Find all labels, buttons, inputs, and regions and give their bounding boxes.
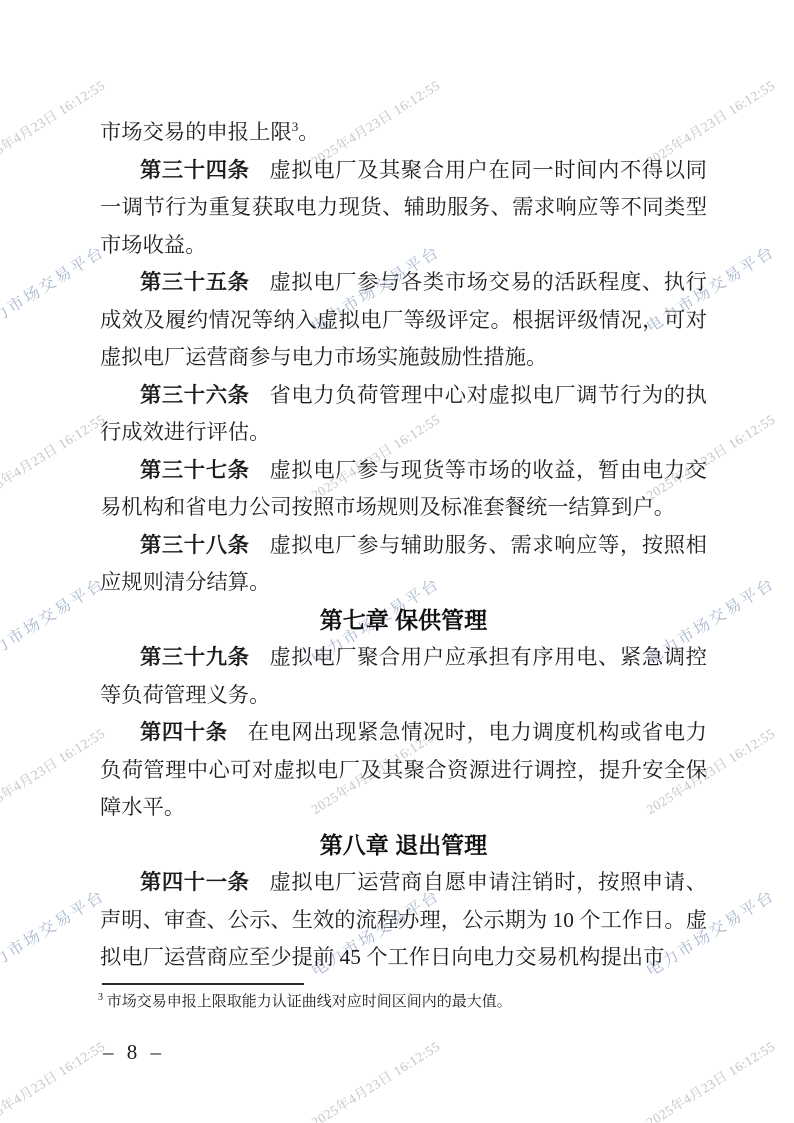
page-number: – 8 –: [103, 1040, 165, 1065]
document-page: 2025年4月23日 16:12:552025年4月23日 16:12:5520…: [0, 0, 794, 1123]
article-34: 第三十四条虚拟电厂及其聚合用户在同一时间内不得以同一调节行为重复获取电力现货、辅…: [100, 152, 707, 265]
article-34-number: 第三十四条: [140, 158, 250, 182]
article-40-number: 第四十条: [140, 720, 228, 744]
watermark-timestamp: 2025年4月23日 16:12:55: [0, 1035, 108, 1123]
footnote: 3 市场交易申报上限取能力认证曲线对应时间区间内的最大值。: [98, 991, 678, 1013]
chapter-8-heading: 第八章 退出管理: [100, 827, 707, 865]
chapter-7-heading: 第七章 保供管理: [100, 602, 707, 640]
article-39-number: 第三十九条: [140, 645, 250, 669]
article-37-number: 第三十七条: [140, 458, 250, 482]
document-content: 市场交易的申报上限3。 第三十四条虚拟电厂及其聚合用户在同一时间内不得以同一调节…: [100, 114, 707, 977]
watermark-timestamp: 2025年4月23日 16:12:55: [0, 74, 108, 170]
footnote-text: 市场交易申报上限取能力认证曲线对应时间区间内的最大值。: [107, 994, 512, 1010]
watermark-platform: 电力市场交易平台: [0, 571, 109, 669]
watermark-platform: 电力市场交易平台: [0, 239, 109, 337]
watermark-timestamp: 2025年4月23日 16:12:55: [642, 1035, 779, 1123]
watermark-timestamp: 2025年4月23日 16:12:55: [307, 1035, 444, 1123]
article-40: 第四十条在电网出现紧急情况时，电力调度机构或省电力负荷管理中心可对虚拟电厂及其聚…: [100, 714, 707, 827]
continuation-tail: 。: [298, 120, 319, 144]
article-36-number: 第三十六条: [140, 383, 250, 407]
article-37: 第三十七条虚拟电厂参与现货等市场的收益，暂由电力交易机构和省电力公司按照市场规则…: [100, 452, 707, 527]
article-41: 第四十一条虚拟电厂运营商自愿申请注销时，按照申请、声明、审查、公示、生效的流程办…: [100, 864, 707, 977]
paragraph-continuation: 市场交易的申报上限3。: [100, 114, 707, 152]
continuation-text: 市场交易的申报上限: [100, 120, 292, 144]
article-39: 第三十九条虚拟电厂聚合用户应承担有序用电、紧急调控等负荷管理义务。: [100, 639, 707, 714]
article-41-number: 第四十一条: [140, 870, 250, 894]
watermark-timestamp: 2025年4月23日 16:12:55: [0, 408, 108, 504]
article-38-number: 第三十八条: [140, 533, 250, 557]
watermark-platform: 电力市场交易平台: [0, 883, 109, 981]
article-35-number: 第三十五条: [140, 270, 250, 294]
footnote-number: 3: [98, 992, 103, 1003]
article-38: 第三十八条虚拟电厂参与辅助服务、需求响应等，按照相应规则清分结算。: [100, 527, 707, 602]
watermark-timestamp: 2025年4月23日 16:12:55: [0, 722, 108, 818]
article-35: 第三十五条虚拟电厂参与各类市场交易的活跃程度、执行成效及履约情况等纳入虚拟电厂等…: [100, 264, 707, 377]
footnote-separator: [102, 983, 304, 985]
article-36: 第三十六条省电力负荷管理中心对虚拟电厂调节行为的执行成效进行评估。: [100, 377, 707, 452]
